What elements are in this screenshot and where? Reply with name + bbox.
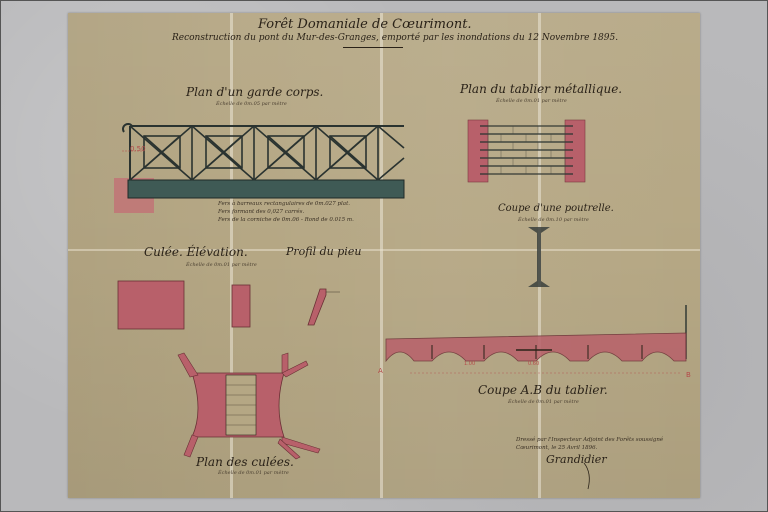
railing-dimension: 0.50 [130, 145, 146, 153]
point-a-label: A [378, 367, 383, 375]
abutment-plan-heading: Plan des culées. [196, 455, 294, 469]
beam-section-drawing [526, 225, 556, 291]
beam-section-heading: Coupe d'une poutrelle. [498, 203, 614, 214]
abutment-plan-drawing [174, 351, 324, 461]
signature-line-2: Cœurimont, le 25 Avril 1896. [516, 444, 597, 452]
deck-plan-scale: Échelle de 0m.01 par mètre [496, 98, 567, 104]
title-underline [343, 47, 403, 48]
deck-dimension-mid: 0.60 [528, 361, 539, 367]
pier-profile-heading: Profil du pieu [286, 245, 361, 258]
fold-line [380, 13, 383, 498]
plan-sheet: Forêt Domaniale de Cœurimont. Reconstruc… [68, 13, 700, 498]
deck-plan-drawing [468, 118, 588, 188]
document-subtitle: Reconstruction du pont du Mur-des-Grange… [172, 33, 618, 43]
signature-flourish [582, 461, 602, 491]
deck-dimension-left: 1.00 [464, 361, 475, 367]
abutment-scale: Échelle de 0m.01 par mètre [186, 262, 257, 268]
railing-scale: Échelle de 0m.05 par mètre [216, 101, 287, 107]
point-b-label: B [686, 371, 691, 379]
railing-heading: Plan d'un garde corps. [186, 85, 323, 99]
document-title: Forêt Domaniale de Cœurimont. [258, 17, 472, 32]
deck-section-scale: Échelle de 0m.01 par mètre [508, 399, 579, 405]
signature-line-1: Dressé par l'Inspecteur Adjoint des Forê… [516, 436, 663, 444]
abutment-heading: Culée. Élévation. [144, 245, 248, 259]
abutment-plan-scale: Échelle de 0m.01 par mètre [218, 470, 289, 476]
beam-section-scale: Échelle de 0m.10 par mètre [518, 217, 589, 223]
deck-section-drawing [380, 303, 690, 383]
railing-notes: Fers à barreaux rectangulaires de 0m.027… [218, 200, 354, 224]
deck-section-heading: Coupe A.B du tablier. [478, 383, 608, 397]
abutment-drawing [114, 279, 344, 339]
deck-plan-heading: Plan du tablier métallique. [460, 82, 622, 96]
